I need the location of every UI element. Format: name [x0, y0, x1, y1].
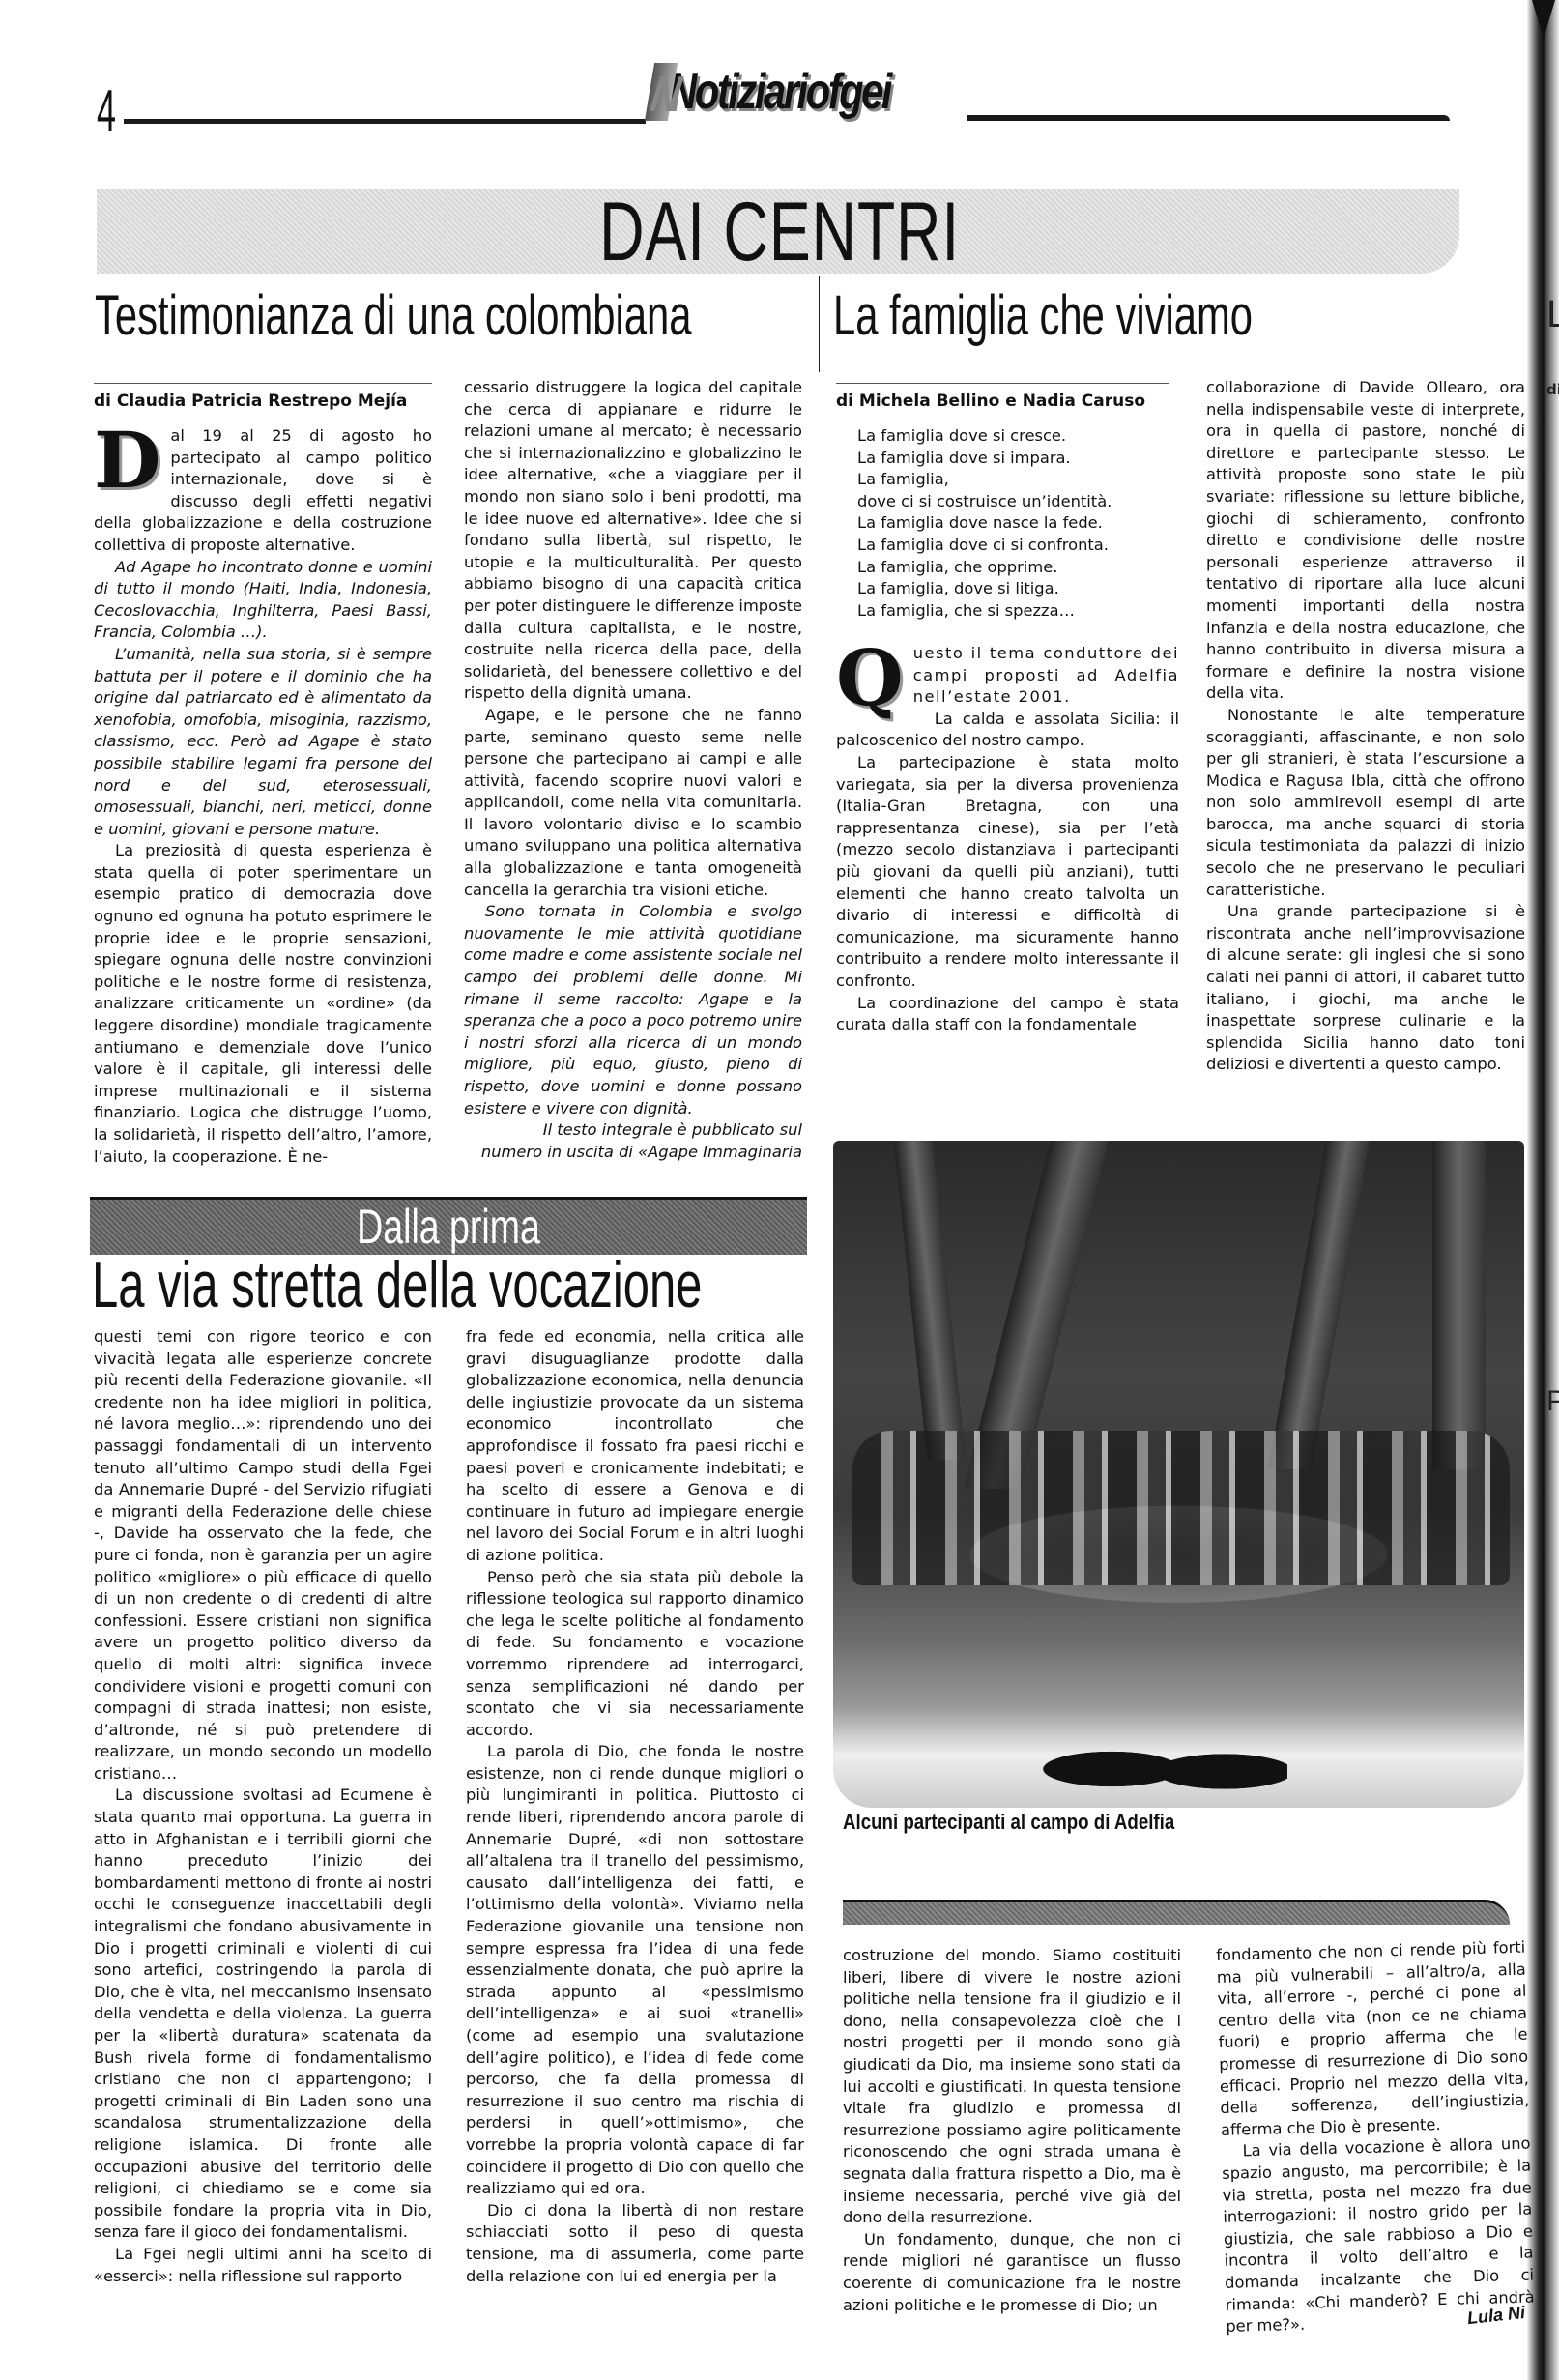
paragraph: Agape, e le persone che ne fanno parte, … — [464, 705, 802, 901]
article-famiglia-col1: Q uesto il tema conduttore dei campi pro… — [836, 643, 1179, 1036]
next-page-headline-fragment: L’ — [1546, 290, 1559, 338]
dropcap-d: D — [94, 429, 160, 491]
masthead-logo: NNotiziariofgei — [650, 63, 890, 121]
group-of-participants — [852, 1431, 1510, 1585]
poem-line: dove ci si costruisce un’identità. — [857, 491, 1184, 513]
logo-n-glyph: N — [645, 63, 678, 121]
paragraph: Penso però che sia stata più debole la r… — [466, 1567, 804, 1742]
headline-colombiana: Testimonianza di una colombiana — [95, 288, 691, 344]
dropcap-q: Q — [836, 647, 904, 709]
paragraph: costruzione del mondo. Siamo costituiti … — [843, 1945, 1181, 2229]
masthead-rule-left — [124, 119, 646, 124]
poem-line: La famiglia dove si impara. — [857, 448, 1184, 470]
paragraph: fondamento che non ci rende più forti ma… — [1216, 1937, 1530, 2142]
masthead-rule-right — [967, 115, 1450, 121]
poem-line: La famiglia, dove si litiga. — [857, 578, 1184, 600]
paragraph: La Fgei negli ultimi anni ha scelto di «… — [94, 2244, 432, 2287]
next-page-byline-fragment: di S — [1546, 379, 1559, 401]
byline-rule — [836, 383, 1169, 384]
photo-campo-adelfia — [833, 1141, 1524, 1808]
paragraph: La parola di Dio, che fonda le nostre es… — [466, 1741, 804, 2199]
article-vocazione-col1: questi temi con rigore teorico e con viv… — [94, 1326, 432, 2287]
paragraph: La coordinazione del campo è stata curat… — [836, 993, 1179, 1036]
article-colombiana-col2: cessario distruggere la logica del capit… — [464, 377, 802, 1163]
byline-colombiana: di Claudia Patricia Restrepo Mejía — [94, 392, 407, 411]
section-bar — [843, 1900, 1510, 1925]
paragraph: Ad Agape ho incontrato donne e uomini di… — [94, 557, 432, 644]
poem-line: La famiglia, che si spezza… — [857, 600, 1184, 623]
byline-rule — [94, 383, 432, 384]
dalla-prima-kicker: Dalla prima — [180, 1199, 718, 1255]
paragraph: collaborazione di Davide Ollearo, ora ne… — [1206, 377, 1525, 705]
poem-line: La famiglia, che opprime. — [857, 557, 1184, 579]
paragraph: La preziosità di questa esperienza è sta… — [94, 840, 432, 1168]
byline-famiglia: di Michela Bellino e Nadia Caruso — [836, 392, 1145, 411]
poem-line: La famiglia dove si cresce. — [857, 425, 1184, 448]
next-page-lower-headline-fragment: Pe — [1546, 1382, 1559, 1421]
headline-famiglia: La famiglia che viviamo — [833, 288, 1253, 344]
paragraph: fra fede ed economia, nella critica alle… — [466, 1326, 804, 1567]
source-note: Il testo integrale è pubblicato sul nume… — [464, 1119, 802, 1163]
paragraph: questi temi con rigore teorico e con viv… — [94, 1326, 432, 1785]
paragraph: Nonostante le alte temperature scoraggia… — [1206, 705, 1525, 901]
paragraph: Un fondamento, dunque, che non ci rende … — [843, 2229, 1181, 2316]
page-number: 4 — [97, 82, 116, 140]
paragraph: La discussione svoltasi ad Ecumene è sta… — [94, 1785, 432, 2243]
section-title: DAI CENTRI — [195, 189, 1365, 275]
article-colombiana-col1: D al 19 al 25 di agosto ho partecipato a… — [94, 425, 432, 1168]
paragraph: Una grande partecipazione si è riscontra… — [1206, 901, 1525, 1076]
page-gutter — [1527, 0, 1559, 2380]
paragraph: Dio ci dona la libertà di non restare sc… — [466, 2200, 804, 2287]
sandals — [1036, 1745, 1287, 1793]
poem-line: La famiglia, — [857, 469, 1184, 491]
headline-vocazione: La via stretta della vocazione — [92, 1252, 702, 1318]
article-vocazione-col4: fondamento che non ci rende più forti ma… — [1216, 1937, 1536, 2338]
article-vocazione-col2: fra fede ed economia, nella critica alle… — [466, 1326, 804, 2287]
paragraph: cessario distruggere la logica del capit… — [464, 377, 802, 705]
masthead-text: Notiziariofgei — [668, 64, 890, 120]
poem-line: La famiglia dove ci si confronta. — [857, 535, 1184, 557]
paragraph: Sono tornata in Colombia e svolgo nuovam… — [464, 901, 802, 1119]
article-vocazione-col3: costruzione del mondo. Siamo costituiti … — [843, 1945, 1181, 2316]
poem-line: La famiglia dove nasce la fede. — [857, 512, 1184, 535]
photo-caption: Alcuni partecipanti al campo di Adelfia — [843, 1810, 1174, 1835]
poem: La famiglia dove si cresce. La famiglia … — [836, 425, 1184, 622]
binding-mark — [1532, 0, 1555, 39]
article-famiglia-col2: collaborazione di Davide Ollearo, ora ne… — [1206, 377, 1525, 1076]
column-divider — [819, 276, 820, 372]
paragraph: La partecipazione è stata molto variegat… — [836, 752, 1179, 993]
paragraph: L’umanità, nella sua storia, si è sempre… — [94, 644, 432, 840]
